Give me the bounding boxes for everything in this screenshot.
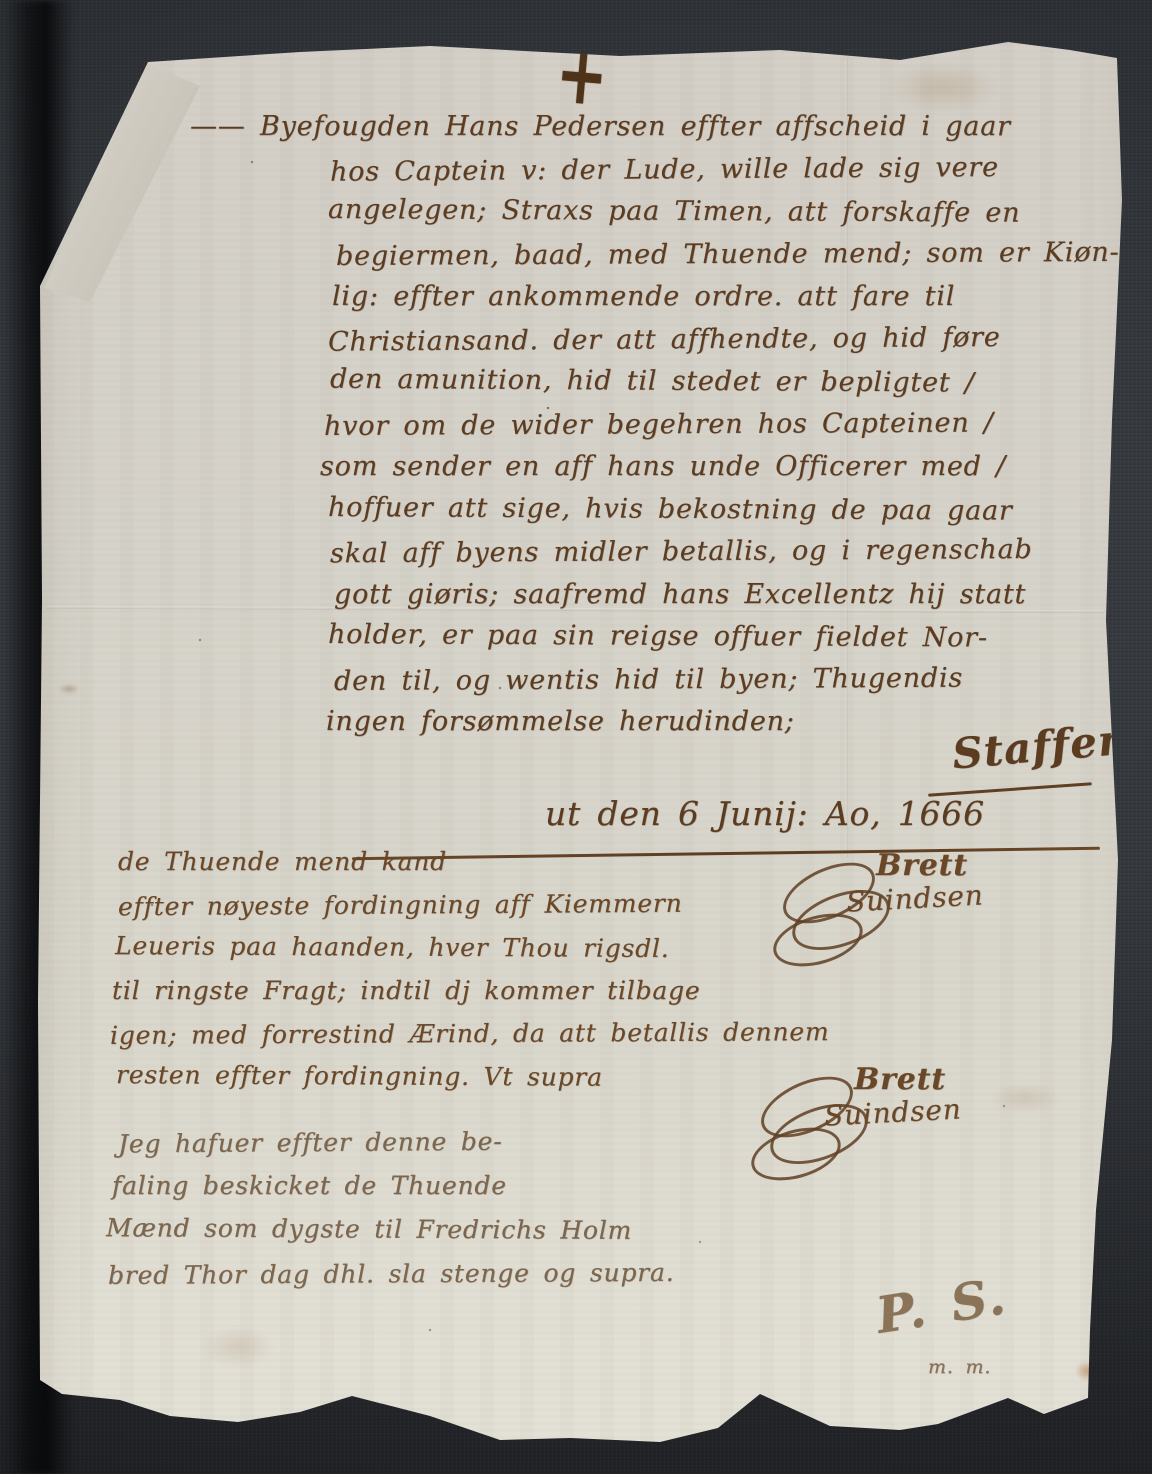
manuscript-line: begiermen, baad, med Thuende mend; som e… [336,232,1088,278]
manuscript-line: resten effter fordingning. Vt supra [116,1053,838,1100]
manuscript-line: skal aff byens midler betallis, og i reg… [330,529,1088,576]
manuscript-line: hos Captein v: der Lude, wille lade sig … [330,146,1088,194]
manuscript-line: faling beskicket de Thuende [112,1164,812,1208]
manuscript-line: —— Byefougden Hans Pedersen effter affsc… [190,106,1088,149]
letter-body: —— Byefougden Hans Pedersen effter affsc… [328,106,1088,744]
manu-propria-mark: m. m. [928,1356,991,1378]
manuscript-page: + —— Byefougden Hans Pedersen effter aff… [0,0,1152,1474]
ink-layer: + —— Byefougden Hans Pedersen effter aff… [0,0,1152,1474]
receipt-note: Jeg hafuer effter denne be- faling beski… [112,1120,812,1296]
signature-brett-suindsen-upper: Brett Suindsen [780,852,1100,972]
manuscript-photograph: + —— Byefougden Hans Pedersen effter aff… [0,0,1152,1474]
manuscript-line: som sender en aff hans unde Officerer me… [320,446,1088,489]
manuscript-line: Leueris paa haanden, hver Thou rigsdl. [115,924,838,971]
manuscript-line: den amunition, hid til stedet er bepligt… [330,359,1088,406]
signature-name-line: Brett [854,1062,946,1097]
manuscript-line: angelegen; Straxs paa Timen, att forskaf… [328,189,1088,235]
manuscript-line: hoffuer att sige, hvis bekostning de paa… [328,487,1088,533]
manuscript-line: igen; med forrestind Ærind, da att betal… [110,1010,838,1057]
date-line: ut den 6 Junij: Ao, 1666 [545,794,985,833]
manuscript-line: bred Thor dag dhl. sla stenge og supra. [108,1250,812,1298]
signature-name-line: Brett [876,848,968,883]
signature-initials: P. S. [872,1266,1010,1345]
order-note: de Thuende mend kand effter nøyeste ford… [118,840,838,1098]
signature-name-line: Suindsen [823,1092,962,1132]
manuscript-line: holder, er paa sin reigse offuer fieldet… [328,614,1088,660]
manuscript-line: lig: effter ankommende ordre. att fare t… [332,276,1088,319]
manuscript-line: hvor om de wider begehren hos Capteinen … [324,402,1088,448]
manuscript-line: gott giøris; saafremd hans Excellentz hi… [334,574,1088,617]
manuscript-line: effter nøyeste fordingning aff Kiemmern [118,881,838,928]
signature-name-line: Suindsen [845,878,984,918]
manuscript-line: til ringste Fragt; indtil dj kommer tilb… [112,969,838,1012]
manuscript-line: de Thuende mend kand [118,840,838,883]
manuscript-line: Jeg hafuer effter denne be- [118,1118,812,1167]
manuscript-line: Mænd som dygste til Fredrichs Holm [106,1206,812,1254]
manuscript-line: den til, og wentis hid til byen; Thugend… [334,657,1088,703]
manuscript-line: Christiansand. der att affhendte, og hid… [328,316,1088,364]
